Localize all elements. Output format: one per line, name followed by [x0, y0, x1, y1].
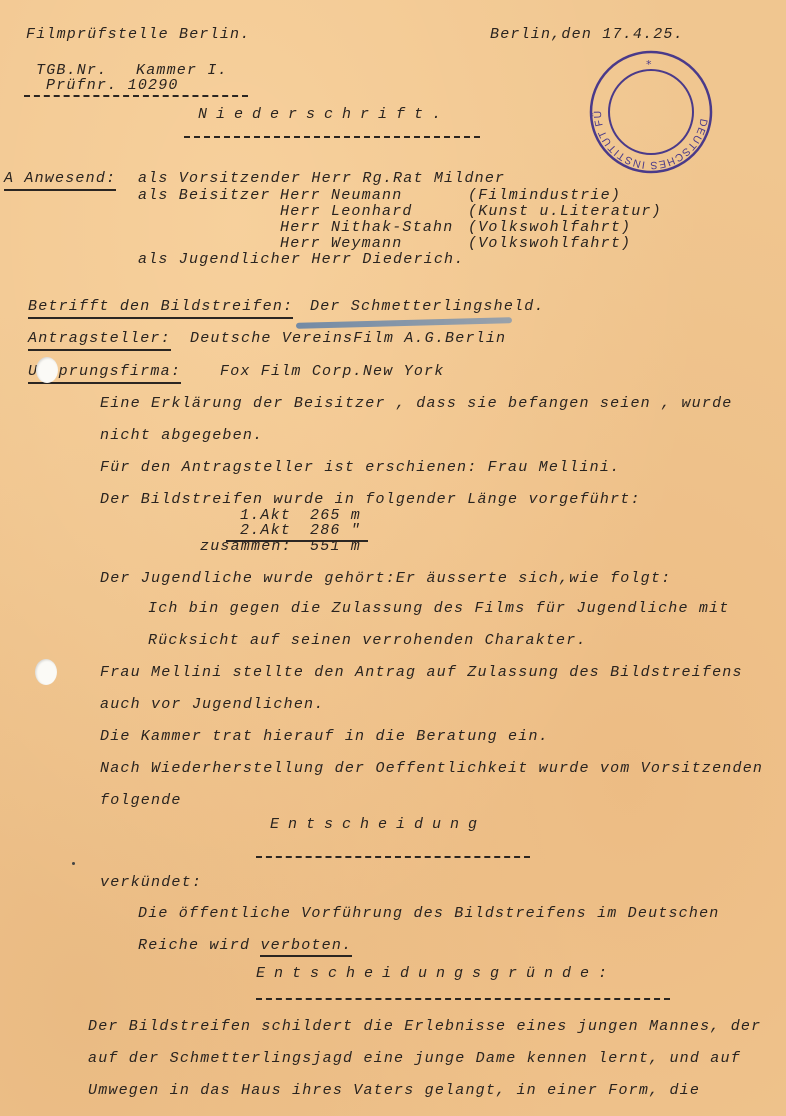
origin-value: Fox Film Corp.New York [220, 363, 444, 381]
film-label: Betrifft den Bildstreifen: [28, 298, 293, 319]
body-line: Frau Mellini stellte den Antrag auf Zula… [100, 664, 743, 682]
title-rule [184, 136, 480, 138]
applicant-label: Antragsteller: [28, 330, 171, 351]
office-name: Filmprüfstelle Berlin. [26, 26, 250, 44]
decision-rule [256, 856, 530, 858]
reasons-heading: Entscheidungsgründe: [256, 965, 616, 983]
total-label: zusammen: [200, 538, 292, 556]
ink-speck [72, 862, 75, 865]
present-label: A Anwesend: [4, 170, 116, 191]
document-title: Niederschrift. [198, 106, 450, 124]
assessor-group: (Volkswohlfahrt) [468, 235, 631, 253]
decision-verdict: verboten. [260, 937, 352, 957]
body-line: auch vor Jugendlichen. [100, 696, 324, 714]
applicant-value: Deutsche VereinsFilm A.G.Berlin [190, 330, 506, 348]
body-line: Für den Antragsteller ist erschienen: Fr… [100, 459, 620, 477]
body-line: folgende [100, 792, 182, 810]
announced: verkündet: [100, 874, 202, 892]
decision-heading: Entscheidung [270, 816, 486, 834]
body-line: Der Bildstreifen wurde in folgender Läng… [100, 491, 641, 509]
header-rule [24, 95, 248, 97]
decision-text: Reiche wird [138, 937, 260, 954]
decision-line: Die öffentliche Vorführung des Bildstrei… [138, 905, 719, 923]
exam-number: Prüfnr. 10290 [46, 77, 179, 95]
assessors-label: als Beisitzer [138, 187, 271, 205]
quote-line: Ich bin gegen die Zulassung des Films fü… [148, 600, 729, 618]
punch-hole [35, 659, 57, 685]
chairman: als Vorsitzender Herr Rg.Rat Mildner [138, 170, 505, 188]
body-line: Der Jugendliche wurde gehört:Er äusserte… [100, 570, 671, 588]
reasons-rule [256, 998, 670, 1000]
svg-text:*: * [646, 58, 652, 71]
youth-member: als Jugendlicher Herr Diederich. [138, 251, 464, 269]
body-line: Die Kammer trat hierauf in die Beratung … [100, 728, 549, 746]
body-line: Nach Wiederherstellung der Oeffentlichke… [100, 760, 763, 778]
film-title: Der Schmetterlingsheld. [310, 298, 545, 316]
punch-hole [36, 357, 58, 383]
reasons-line: Umwegen in das Haus ihres Vaters gelangt… [88, 1082, 700, 1100]
institute-stamp-icon: DEUTSCHES INSTITUT FÜR FILMKUNDE E.V. * [586, 48, 716, 176]
reasons-line: auf der Schmetterlingsjagd eine junge Da… [88, 1050, 741, 1068]
body-line: Eine Erklärung der Beisitzer , dass sie … [100, 395, 733, 413]
decision-line: Reiche wird verboten. [138, 937, 352, 955]
place-date: Berlin,den 17.4.25. [490, 26, 684, 44]
total-length: 551 m [310, 538, 361, 556]
body-line: nicht abgegeben. [100, 427, 263, 445]
blue-pencil-mark [296, 317, 512, 329]
quote-line: Rücksicht auf seinen verrohenden Charakt… [148, 632, 587, 650]
reasons-line: Der Bildstreifen schildert die Erlebniss… [88, 1018, 761, 1036]
